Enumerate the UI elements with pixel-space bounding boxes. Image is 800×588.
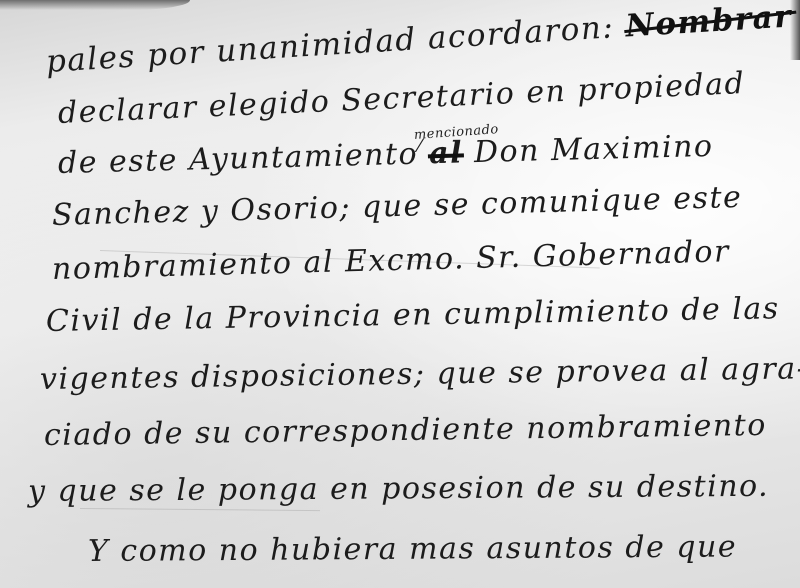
line-text-before: de este Ayuntamiento — [58, 137, 419, 181]
manuscript-line-5: nombramiento al Excmo. Sr. Gobernador — [52, 234, 731, 287]
manuscript-line-6: Civil de la Provincia en cumplimiento de… — [46, 291, 780, 339]
line-text: vigentes disposiciones; que se provea al… — [40, 351, 800, 397]
line-text: y que se le ponga en posesion de su dest… — [28, 469, 769, 509]
struck-word: Nombrar — [624, 0, 793, 45]
line-text-after: Don Maximino — [474, 129, 714, 170]
struck-word: al — [429, 135, 464, 171]
line-text: Sanchez y Osorio; que se comunique este — [52, 180, 743, 233]
line-text: nombramiento al Excmo. Sr. Gobernador — [52, 234, 731, 287]
line-text: Civil de la Provincia en cumplimiento de… — [46, 291, 780, 339]
manuscript-line-3: de este Ayuntamiento al Don Maximino — [58, 129, 714, 181]
paper-crease — [80, 508, 320, 511]
manuscript-line-7: vigentes disposiciones; que se provea al… — [40, 351, 800, 397]
manuscript-line-10: Y como no hubiera mas asuntos de que — [88, 529, 737, 569]
manuscript-line-4: Sanchez y Osorio; que se comunique este — [52, 180, 743, 233]
line-text: declarar elegido Secretario en propiedad — [57, 66, 746, 131]
manuscript-line-2: declarar elegido Secretario en propiedad — [57, 66, 746, 131]
line-text: pales por unanimidad acordaron: — [45, 9, 615, 80]
manuscript-line-8: ciado de su correspondiente nombramiento — [44, 408, 767, 453]
line-text: ciado de su correspondiente nombramiento — [44, 408, 767, 453]
manuscript-page: pales por unanimidad acordaron: Nombrar … — [0, 0, 800, 588]
manuscript-line-9: y que se le ponga en posesion de su dest… — [28, 469, 769, 509]
page-edge-shadow — [0, 0, 190, 10]
line-text: Y como no hubiera mas asuntos de que — [88, 529, 737, 569]
